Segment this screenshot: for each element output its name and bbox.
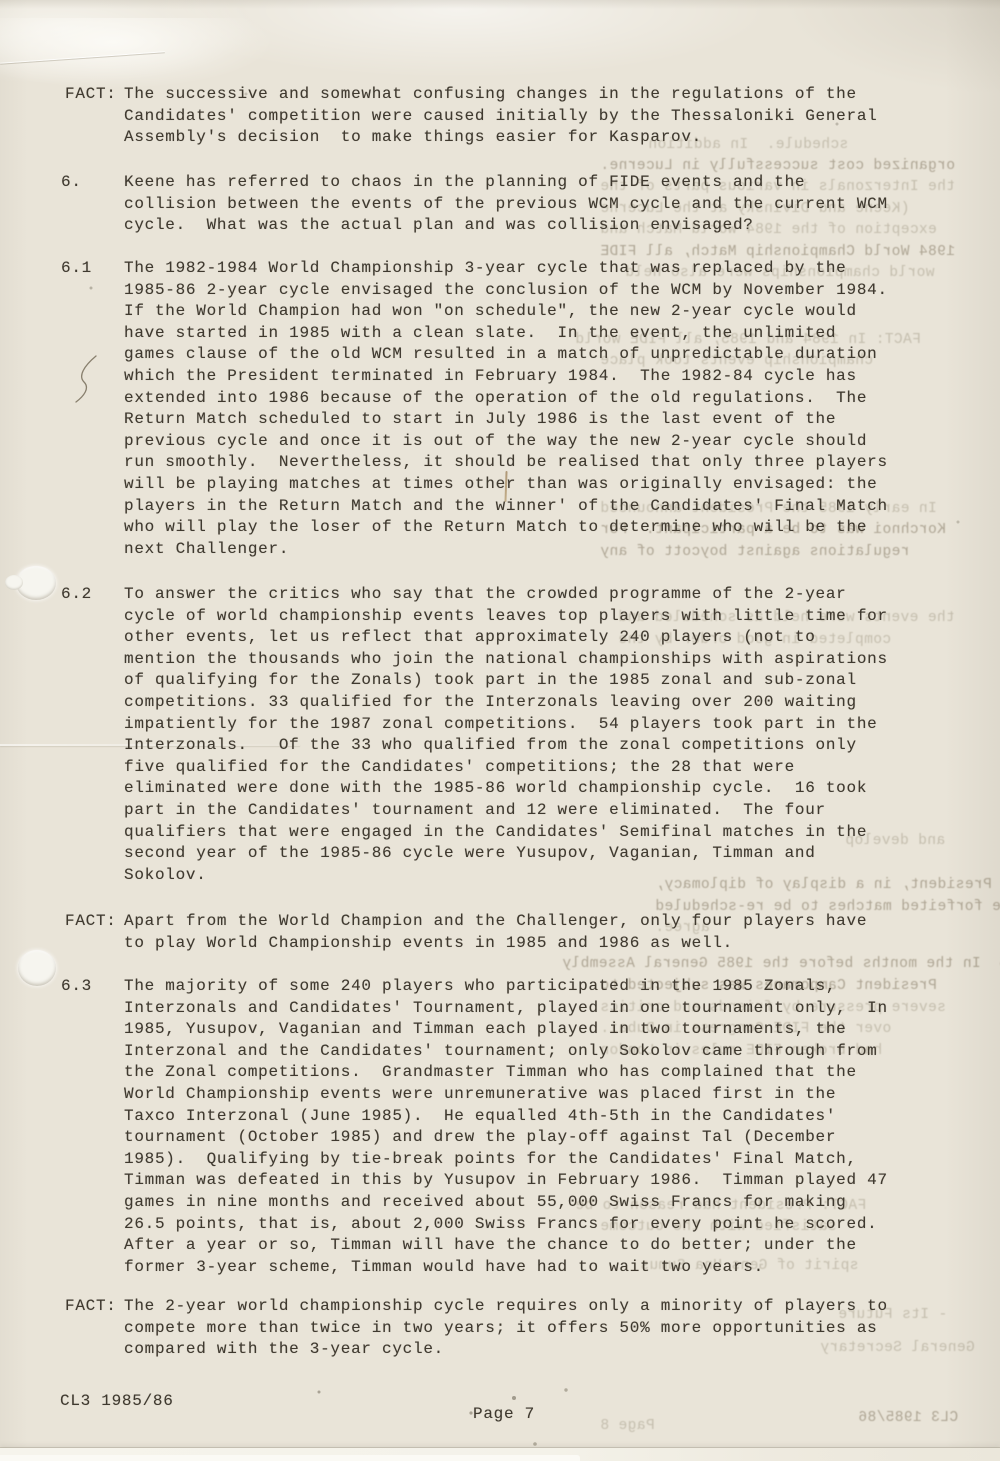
section-text: The 1982-1984 World Championship 3-year … <box>124 258 1000 560</box>
section-text: To answer the critics who say that the c… <box>124 584 1000 886</box>
fact-label: FACT: <box>65 1296 117 1318</box>
section-number: 6.2 <box>61 584 92 606</box>
section-number: 6. <box>61 172 82 194</box>
section-text: Keene has referred to chaos in the plann… <box>124 172 1000 237</box>
section-6-1-block: 6.1 The 1982-1984 World Championship 3-y… <box>0 258 1000 560</box>
scan-bottom-edge <box>0 1448 1000 1461</box>
section-6-2-block: 6.2 To answer the critics who say that t… <box>0 584 1000 886</box>
fact-text: The successive and somewhat confusing ch… <box>124 84 1000 149</box>
typed-content: FACT: The successive and somewhat confus… <box>0 0 1000 1461</box>
fact-block-1: FACT: The successive and somewhat confus… <box>0 84 1000 149</box>
section-text: The majority of some 240 players who par… <box>124 976 1000 1278</box>
section-number: 6.1 <box>61 258 92 280</box>
dust-specks <box>0 0 2 2</box>
question-6-block: 6. Keene has referred to chaos in the pl… <box>0 172 1000 237</box>
section-number: 6.3 <box>61 976 92 998</box>
document-scan-page: schedule. In additionorganized cost succ… <box>0 0 1000 1461</box>
pen-squiggle-icon <box>72 352 112 408</box>
fact-label: FACT: <box>65 84 117 106</box>
section-6-3-block: 6.3 The majority of some 240 players who… <box>0 976 1000 1278</box>
fact-text: The 2-year world championship cycle requ… <box>124 1296 1000 1361</box>
doc-code: CL3 1985/86 <box>60 1391 174 1413</box>
fact-block-2: FACT: Apart from the World Champion and … <box>0 911 1000 954</box>
punch-hole-top <box>16 566 56 600</box>
fact-block-3: FACT: The 2-year world championship cycl… <box>0 1296 1000 1361</box>
page-number: Page 7 <box>473 1404 535 1426</box>
punch-hole-bottom <box>18 950 56 986</box>
fact-label: FACT: <box>65 911 117 933</box>
fact-text: Apart from the World Champion and the Ch… <box>124 911 1000 954</box>
